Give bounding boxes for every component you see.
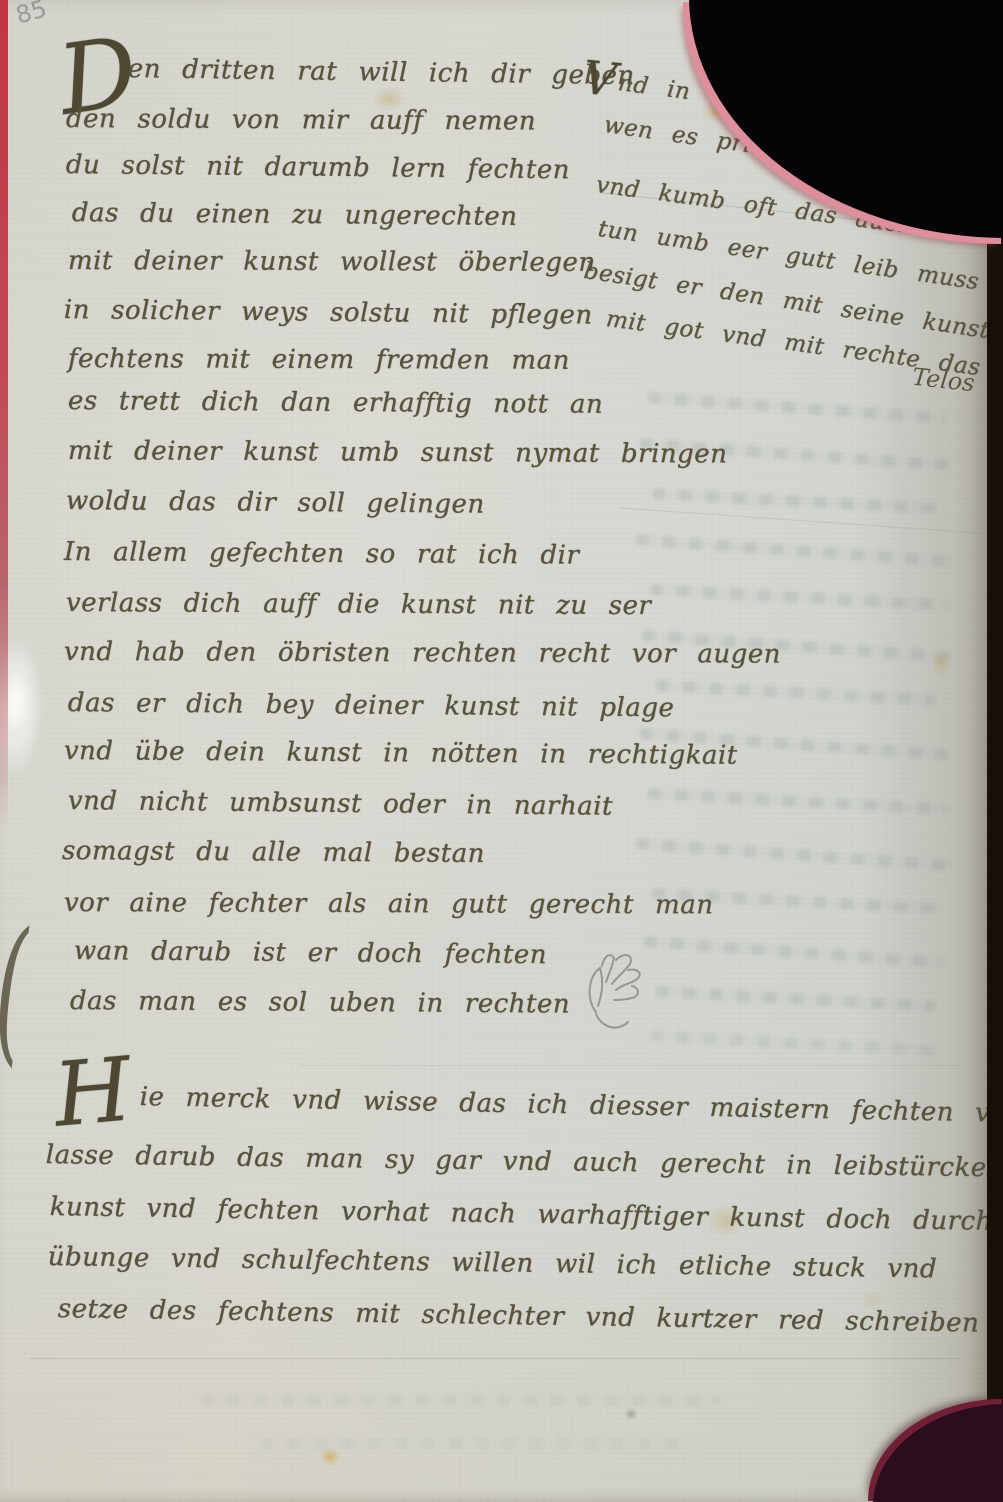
manuscript-line: wan darub ist er doch fechten bbox=[74, 936, 547, 970]
manuscript-line: das man es sol uben in rechten bbox=[70, 986, 570, 1019]
manuscript-line: vnd übe dein kunst in nötten in rechtigk… bbox=[64, 736, 738, 771]
manuscript-line: In allem gefechten so rat ich dir bbox=[64, 537, 580, 571]
manuscript-line: in solicher weys solstu nit pflegen bbox=[64, 295, 593, 331]
manuscript-line: mit deiner kunst umb sunst nymat bringen bbox=[68, 436, 728, 469]
manuscript-line: den soldu von mir auff nemen bbox=[66, 104, 536, 136]
paper-stain bbox=[320, 1448, 340, 1466]
showthrough-line bbox=[260, 1438, 690, 1449]
margin-doodle-sketch bbox=[568, 942, 660, 1046]
red-binding-edge bbox=[0, 0, 8, 830]
manuscript-line: verlass dich auff die kunst nit zu ser bbox=[66, 588, 652, 621]
manuscript-line: vor aine fechter als ain gutt gerecht ma… bbox=[64, 888, 714, 920]
ruled-hairline bbox=[30, 1358, 960, 1359]
paper-stain bbox=[930, 648, 952, 678]
manuscript-line: somagst du alle mal bestan bbox=[62, 836, 485, 869]
manuscript-line: vnd hab den öbristen rechten recht vor a… bbox=[64, 637, 781, 670]
ruled-hairline bbox=[300, 1065, 960, 1066]
manuscript-line: woldu das dir soll gelingen bbox=[66, 486, 485, 520]
binding-thread bbox=[0, 610, 56, 802]
manuscript-line: fechtens mit einem fremden man bbox=[68, 344, 570, 376]
initial-letter-h: H bbox=[50, 1037, 135, 1146]
showthrough-line bbox=[200, 1395, 720, 1406]
manuscript-line: du solst nit darumb lern fechten bbox=[66, 150, 570, 185]
manuscript-line: das er dich bey deiner kunst nit plage bbox=[68, 688, 675, 723]
manuscript-line: es trett dich dan erhafftig nott an bbox=[68, 386, 603, 420]
manuscript-line: das du einen zu ungerechten bbox=[72, 198, 518, 232]
manuscript-scan: 85 D en dritten rat will ich dir geben d… bbox=[0, 0, 1003, 1502]
margin-brace-flourish: ( bbox=[0, 896, 29, 1083]
initial-letter-v: V bbox=[580, 50, 619, 107]
manuscript-line: mit deiner kunst wollest öberlegen bbox=[68, 246, 596, 278]
paper-stain bbox=[624, 1408, 638, 1420]
manuscript-line: vnd nicht umbsunst oder in narhait bbox=[68, 786, 613, 822]
